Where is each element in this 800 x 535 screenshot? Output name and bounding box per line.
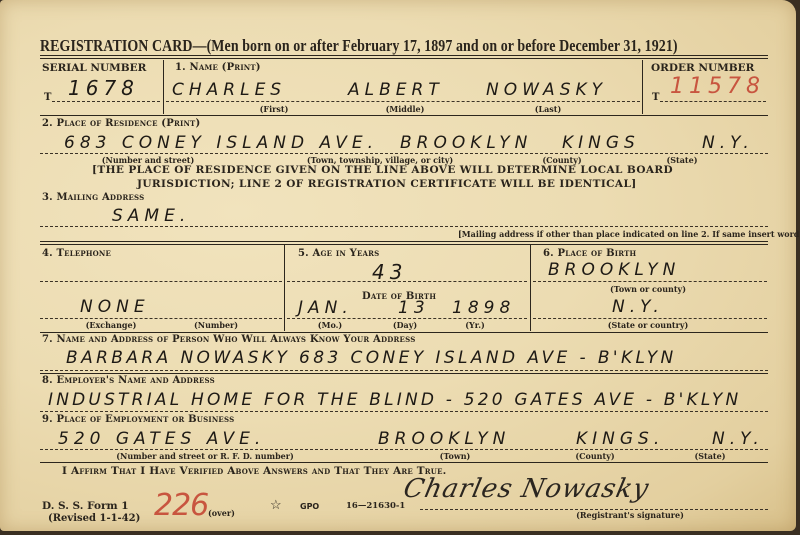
telephone-value: NONE (80, 297, 150, 317)
name-first-caption: (First) (260, 104, 289, 114)
registrant-signature: Charles Nowasky (401, 474, 652, 504)
telephone-line-top (40, 281, 282, 282)
employment-county: KINGS. (576, 429, 664, 449)
order-number-value: 11578 (670, 74, 765, 99)
employer-value: INDUSTRIAL HOME FOR THE BLIND - 520 GATE… (48, 390, 741, 410)
dob-month-caption: (Mo.) (318, 320, 342, 330)
birthplace-town-caption: (Town or county) (610, 284, 686, 294)
card-title: REGISTRATION CARD—(Men born on or after … (40, 36, 678, 56)
row3-rule-thin (40, 244, 768, 245)
birthplace-divider (530, 245, 531, 331)
order-divider (642, 60, 643, 114)
telephone-divider (284, 245, 285, 331)
order-number-label: ORDER NUMBER (651, 62, 754, 74)
employment-label: 9. Place of Employment or Business (42, 414, 234, 425)
employer-label: 8. Employer's Name and Address (42, 375, 215, 386)
birthplace-state-caption: (State or country) (608, 320, 689, 330)
age-line (287, 281, 527, 282)
serial-prefix: T (44, 92, 51, 103)
employment-street-caption: (Number and street or R. F. D. number) (116, 451, 294, 461)
title-rule-thin (40, 58, 768, 59)
row6-rule (40, 332, 768, 333)
birthplace-town-line (533, 281, 767, 282)
telephone-number-caption: (Number) (194, 320, 238, 330)
registration-card: REGISTRATION CARD—(Men born on or after … (0, 0, 796, 531)
dob-month: JAN. (298, 298, 353, 318)
title-rule (40, 55, 768, 56)
row1-rule (40, 115, 768, 116)
birthplace-state-line (533, 318, 767, 319)
employment-town: BROOKLYN (378, 429, 510, 449)
birthplace-state: N.Y. (612, 297, 664, 317)
residence-city: BROOKLYN (400, 133, 532, 153)
employment-state-caption: (State) (694, 451, 725, 461)
employment-county-caption: (County) (575, 451, 614, 461)
employment-state: N.Y. (712, 429, 764, 449)
row3-rule (40, 241, 768, 242)
telephone-exchange-caption: (Exchange) (86, 320, 137, 330)
contact-label: 7. Name and Address of Person Who Will A… (42, 334, 415, 345)
dob-year-caption: (Yr.) (465, 320, 485, 330)
order-prefix: T (652, 92, 659, 103)
telephone-label: 4. Telephone (42, 248, 111, 259)
mailing-note-text: [Mailing address if other than place ind… (458, 229, 800, 239)
serial-number-label: SERIAL NUMBER (42, 62, 146, 74)
mailing-address-label: 3. Mailing Address (42, 192, 144, 203)
affirmation-text: I Affirm That I Have Verified Above Answ… (62, 465, 447, 477)
row9-rule (40, 462, 768, 463)
signature-caption: (Registrant's signature) (576, 510, 684, 520)
employer-line (40, 411, 768, 412)
name-last: NOWASKY (486, 80, 607, 100)
telephone-line (40, 318, 282, 319)
mailing-note: [Mailing address if other than place ind… (458, 229, 800, 239)
birthplace-town: BROOKLYN (548, 260, 680, 280)
name-line (166, 101, 640, 102)
print-code: 16—21630-1 (346, 501, 405, 511)
employment-street: 520 GATES AVE. (58, 429, 265, 449)
mailing-line (40, 226, 768, 227)
over-note: (over) (208, 508, 235, 518)
residence-notice-line1: [THE PLACE OF RESIDENCE GIVEN ON THE LIN… (92, 164, 673, 176)
dob-year: 1898 (452, 298, 515, 318)
name-last-caption: (Last) (535, 104, 562, 114)
residence-label: 2. Place of Residence (Print) (42, 118, 200, 129)
residence-state: N.Y. (702, 133, 754, 153)
birthplace-label: 6. Place of Birth (543, 248, 636, 259)
residence-county: KINGS (562, 133, 640, 153)
mailing-address-value: SAME. (112, 206, 190, 226)
order-line (660, 101, 766, 102)
serial-line (52, 101, 160, 102)
row7-rule (40, 373, 768, 374)
residence-street: 683 CONEY ISLAND AVE. (64, 133, 378, 153)
residence-line (40, 153, 768, 154)
star-icon: ☆ (270, 498, 282, 513)
name-middle: ALBERT (348, 80, 444, 100)
employment-line (40, 449, 768, 450)
employment-town-caption: (Town) (440, 451, 471, 461)
form-revision: (Revised 1-1-42) (48, 513, 140, 524)
age-label: 5. Age in Years (298, 248, 379, 259)
contact-line (40, 370, 768, 371)
dob-day: 13 (398, 298, 430, 318)
red-stamp-number: 226 (154, 488, 208, 523)
form-number: D. S. S. Form 1 (42, 500, 129, 512)
dob-day-caption: (Day) (393, 320, 417, 330)
name-middle-caption: (Middle) (386, 104, 425, 114)
dob-line (287, 318, 527, 319)
gpo-mark: GPO (300, 502, 319, 511)
contact-value: BARBARA NOWASKY 683 CONEY ISLAND AVE - B… (66, 348, 677, 368)
serial-number-value: 1678 (68, 76, 139, 100)
residence-notice-line2: JURISDICTION; LINE 2 OF REGISTRATION CER… (137, 178, 637, 190)
name-label: 1. Name (Print) (175, 62, 261, 73)
serial-divider (163, 60, 164, 114)
name-first: CHARLES (172, 80, 286, 100)
